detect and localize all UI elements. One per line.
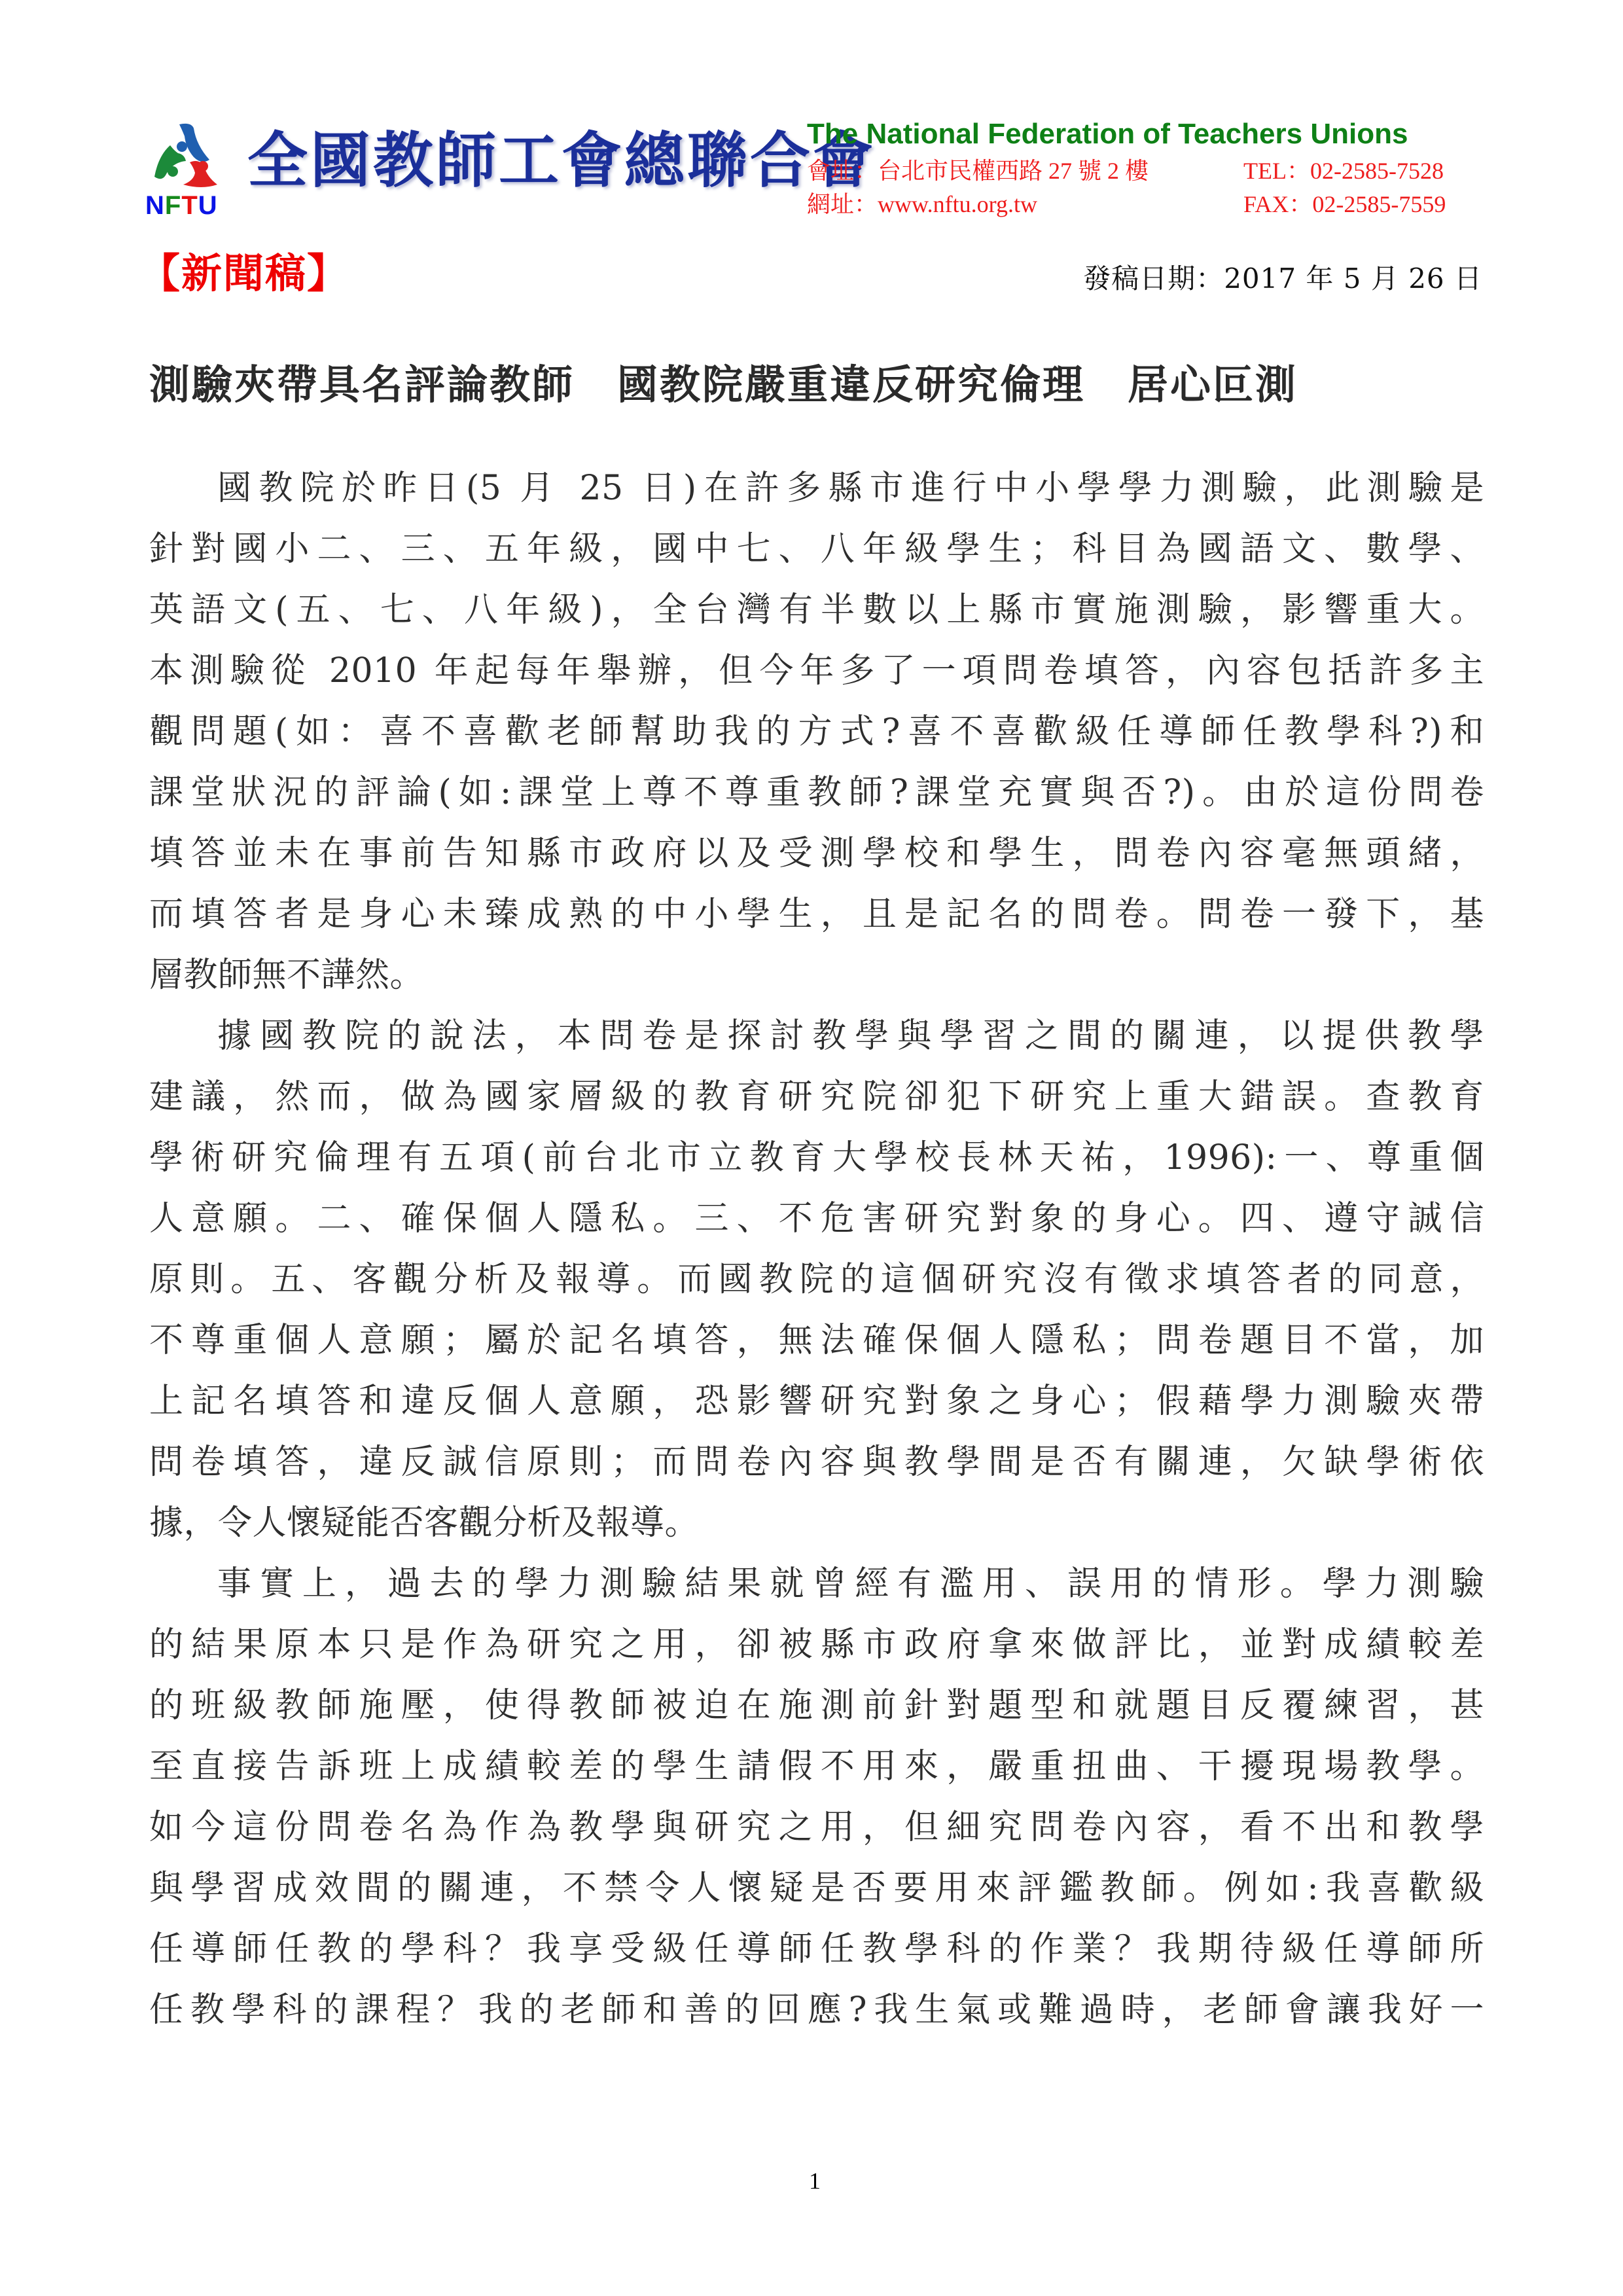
body-line: 的班級教師施壓，使得教師被迫在施測前針對題型和就題目反覆練習，甚 [149, 1676, 1484, 1736]
union-emblem-icon [139, 119, 230, 191]
body-line: 的結果原本只是作為研究之用，卻被縣市政府拿來做評比，並對成績較差 [149, 1615, 1484, 1676]
org-name-english: The National Federation of Teachers Unio… [807, 118, 1408, 151]
body-line: 建議，然而，做為國家層級的教育研究院卻犯下研究上重大錯誤。查教育 [149, 1067, 1484, 1128]
release-date: 發稿日期：2017 年 5 月 26 日 [1083, 260, 1482, 297]
press-release-label: 【新聞稿】 [139, 247, 349, 300]
body-line: 人意願。二、確保個人隱私。三、不危害研究對象的身心。四、遵守誠信 [149, 1189, 1484, 1249]
logo-acronym: NFTU [145, 191, 218, 220]
article-body: 國教院於昨日(5 月 25 日)在許多縣市進行中小學學力測驗，此測驗是 針對國小… [149, 458, 1484, 2041]
paragraph-1: 國教院於昨日(5 月 25 日)在許多縣市進行中小學學力測驗，此測驗是 針對國小… [149, 458, 1484, 1006]
body-line: 層教師無不譁然。 [149, 945, 1484, 1006]
org-fax: FAX：02-2585-7559 [1243, 191, 1446, 217]
body-line: 英語文(五、七、八年級)，全台灣有半數以上縣市實施測驗，影響重大。 [149, 580, 1484, 641]
body-line: 與學習成效間的關連，不禁令人懷疑是否要用來評鑑教師。例如:我喜歡級 [149, 1858, 1484, 1919]
body-line: 國教院於昨日(5 月 25 日)在許多縣市進行中小學學力測驗，此測驗是 [149, 458, 1484, 519]
body-line: 填答並未在事前告知縣市政府以及受測學校和學生，問卷內容毫無頭緒， [149, 823, 1484, 884]
body-line: 不尊重個人意願；屬於記名填答，無法確保個人隱私；問卷題目不當，加 [149, 1310, 1484, 1371]
body-line: 學術研究倫理有五項(前台北市立教育大學校長林天祐，1996):一、尊重個 [149, 1128, 1484, 1189]
body-line: 任導師任教的學科？我享受級任導師任教學科的作業？我期待級任導師所 [149, 1919, 1484, 1980]
body-line: 課堂狀況的評論(如:課堂上尊不尊重教師?課堂充實與否?)。由於這份問卷 [149, 762, 1484, 823]
nftu-logo: NFTU [139, 119, 230, 221]
article-title: 測驗夾帶具名評論教師 國教院嚴重違反研究倫理 居心叵測 [149, 359, 1484, 411]
paragraph-3: 事實上，過去的學力測驗結果就曾經有濫用、誤用的情形。學力測驗 的結果原本只是作為… [149, 1554, 1484, 2041]
org-name-chinese: 全國教師工會總聯合會 [247, 124, 876, 196]
org-telephone: TEL：02-2585-7528 [1243, 158, 1444, 184]
paragraph-2: 據國教院的說法，本問卷是探討教學與學習之間的關連，以提供教學 建議，然而，做為國… [149, 1006, 1484, 1554]
body-line: 而填答者是身心未臻成熟的中小學生，且是記名的問卷。問卷一發下，基 [149, 884, 1484, 945]
page-number: 1 [805, 2166, 825, 2195]
body-line: 觀問題(如：喜不喜歡老師幫助我的方式?喜不喜歡級任導師任教學科?)和 [149, 702, 1484, 762]
body-line: 據國教院的說法，本問卷是探討教學與學習之間的關連，以提供教學 [149, 1006, 1484, 1067]
org-website: 網址：www.nftu.org.tw [807, 191, 1037, 217]
body-line: 本測驗從 2010 年起每年舉辦，但今年多了一項問卷填答，內容包括許多主 [149, 641, 1484, 702]
org-address: 會址：台北市民權西路 27 號 2 樓 [807, 158, 1149, 184]
body-line: 據，令人懷疑能否客觀分析及報導。 [149, 1493, 1484, 1554]
body-line: 任教學科的課程？我的老師和善的回應?我生氣或難過時，老師會讓我好一 [149, 1980, 1484, 2041]
body-line: 上記名填答和違反個人意願，恐影響研究對象之身心；假藉學力測驗夾帶 [149, 1371, 1484, 1432]
body-line: 問卷填答，違反誠信原則；而問卷內容與教學間是否有關連，欠缺學術依 [149, 1432, 1484, 1493]
body-line: 針對國小二、三、五年級，國中七、八年級學生；科目為國語文、數學、 [149, 519, 1484, 580]
body-line: 如今這份問卷名為作為教學與研究之用，但細究問卷內容，看不出和教學 [149, 1797, 1484, 1858]
body-line: 原則。五、客觀分析及報導。而國教院的這個研究沒有徵求填答者的同意， [149, 1249, 1484, 1310]
body-line: 事實上，過去的學力測驗結果就曾經有濫用、誤用的情形。學力測驗 [149, 1554, 1484, 1615]
document-page: NFTU 全國教師工會總聯合會 The National Federation … [0, 0, 1623, 2296]
body-line: 至直接告訴班上成績較差的學生請假不用來，嚴重扭曲、干擾現場教學。 [149, 1736, 1484, 1797]
